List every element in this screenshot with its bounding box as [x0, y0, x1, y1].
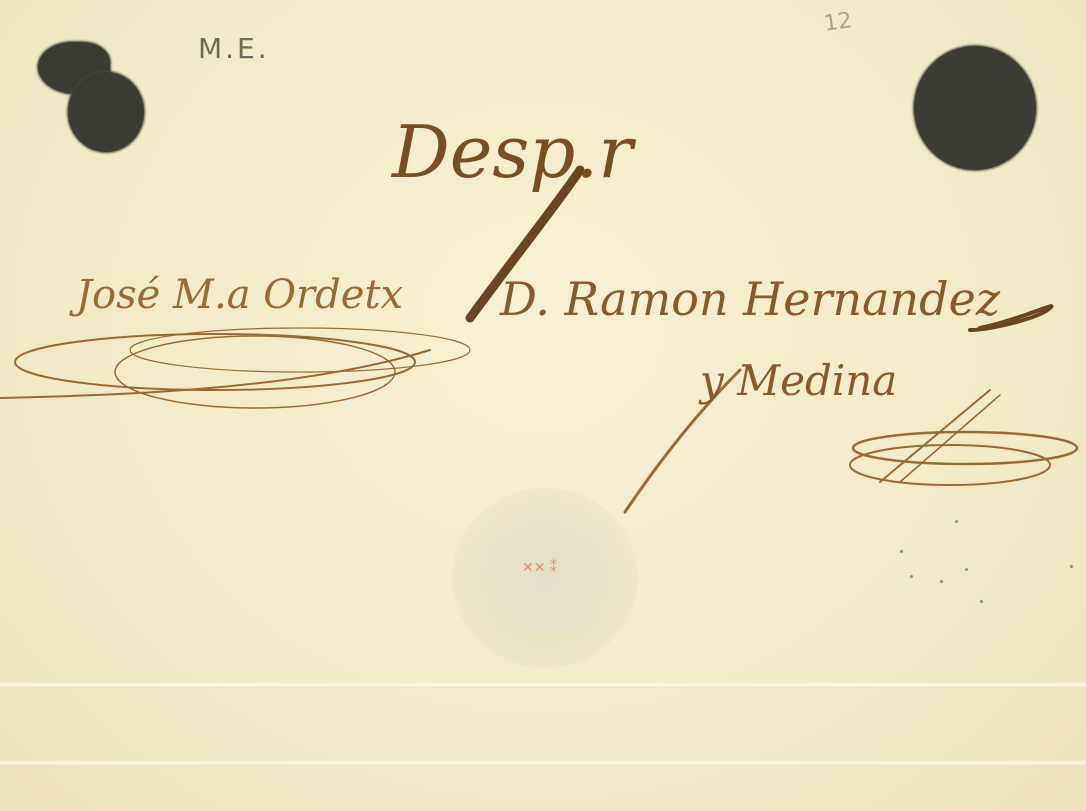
address-line-1: D. Ramon Hernandez — [500, 272, 1000, 326]
address-title: Desp.r — [392, 110, 633, 194]
letter-cover: M.E. 12 ✕✕ ⁑ Desp.r D. Ramon Hernandez y… — [0, 0, 1086, 811]
foxing-specks — [880, 520, 1080, 640]
sender-signature: José M.a Ordetx — [76, 272, 403, 318]
address-line-2: y Medina — [700, 356, 897, 405]
